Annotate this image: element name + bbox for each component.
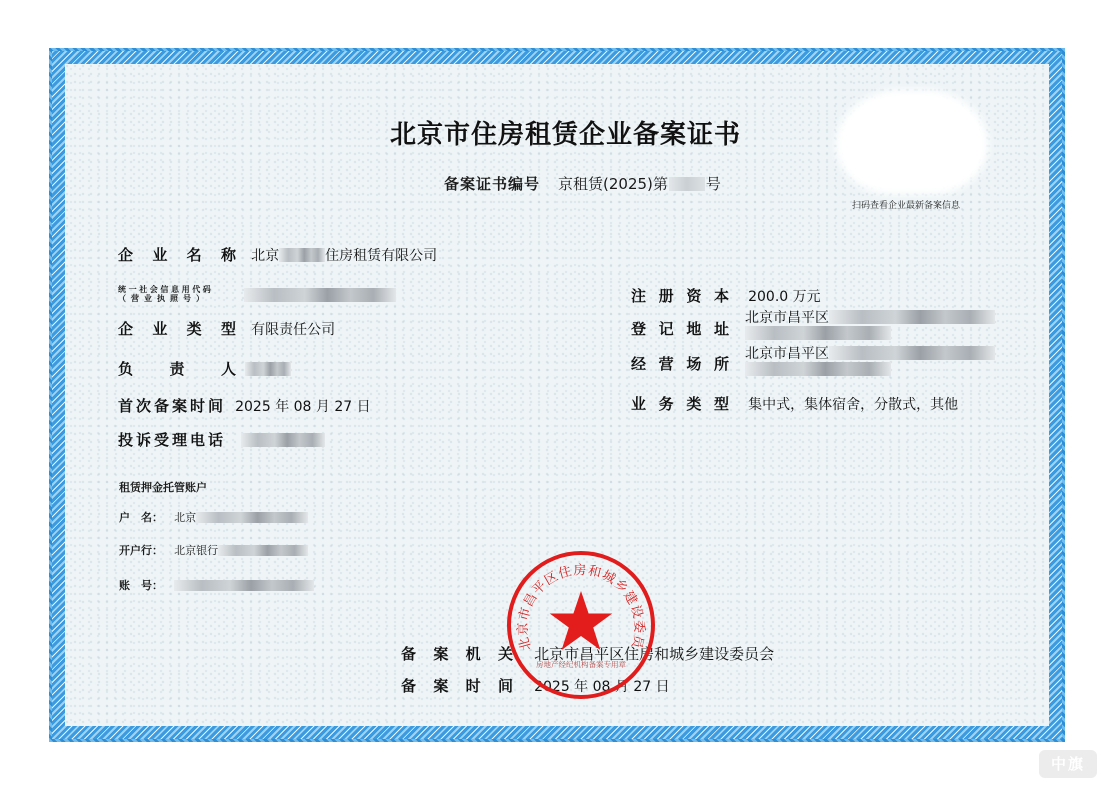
cert-number-redacted — [669, 177, 705, 191]
filing-time-label: 备案时间 — [401, 675, 513, 696]
business-premises-redacted-line2 — [745, 362, 891, 376]
first-filing-date-value: 2025 年 08 月 27 日 — [235, 399, 371, 415]
seal-graphic: 北京市昌平区住房和城乡建设委员会 房地产经纪机构备案专用章 — [511, 555, 651, 695]
redacted-block — [829, 310, 995, 324]
account-name-value: 北京 — [174, 511, 308, 524]
credit-code-label-line2: （营业执照号） — [118, 294, 213, 303]
field-complaint-phone: 投诉受理电话 — [118, 429, 325, 450]
cert-number-label: 备案证书编号 — [444, 173, 540, 194]
qr-code-redacted — [842, 96, 982, 188]
company-type-label: 企业类型 — [118, 318, 236, 339]
complaint-phone-label: 投诉受理电话 — [118, 431, 226, 449]
star-icon — [550, 591, 613, 650]
registered-address-value: 北京市昌平区 — [745, 307, 995, 327]
company-type-value: 有限责任公司 — [251, 322, 335, 338]
credit-code-label-line1: 统一社会信息用代码 — [118, 285, 213, 294]
business-type-label: 业务类型 — [631, 393, 729, 414]
business-premises-value: 北京市昌平区 — [745, 343, 995, 363]
official-seal: 北京市昌平区住房和城乡建设委员会 房地产经纪机构备案专用章 — [507, 551, 655, 699]
account-number-label: 账 号： — [119, 579, 163, 592]
watermark-logo: 中旗 — [1039, 750, 1097, 778]
complaint-phone-redacted — [241, 433, 325, 447]
business-premises-label: 经营场所 — [631, 353, 729, 374]
redacted-block — [196, 512, 308, 523]
credit-code-redacted — [244, 288, 396, 302]
cert-number-value: 京租赁(2025)第号 — [558, 173, 721, 194]
field-registered-capital: 注册资本 200.0 万元 — [631, 285, 821, 306]
field-company-name: 企业名称 北京住房租赁有限公司 — [118, 244, 437, 265]
bank-value: 北京银行 — [174, 544, 308, 557]
certificate-title: 北京市住房租赁企业备案证书 — [390, 114, 741, 151]
field-first-filing-date: 首次备案时间 2025 年 08 月 27 日 — [118, 395, 371, 416]
field-credit-code: 统一社会信息用代码 （营业执照号） — [118, 285, 213, 303]
field-account-name: 户 名： 北京 — [119, 506, 308, 525]
field-bank: 开户行： 北京银行 — [119, 539, 308, 558]
bank-label: 开户行： — [119, 544, 163, 557]
field-registered-address: 登记地址 — [631, 318, 729, 339]
registered-address-label: 登记地址 — [631, 318, 729, 339]
company-name-value: 北京住房租赁有限公司 — [251, 248, 437, 264]
business-type-value: 集中式，集体宿舍，分散式，其他 — [748, 397, 958, 413]
registered-capital-value: 200.0 万元 — [748, 289, 821, 305]
account-number-redacted — [174, 580, 314, 591]
deposit-account-title: 租赁押金托管账户 — [119, 479, 207, 495]
cert-number-suffix: 号 — [706, 175, 721, 193]
seal-inner-text: 房地产经纪机构备案专用章 — [536, 659, 626, 669]
legal-person-label: 负责人 — [118, 358, 236, 379]
filing-authority-label: 备案机关 — [401, 643, 513, 664]
field-account-number: 账 号： — [119, 574, 314, 593]
company-name-label: 企业名称 — [118, 244, 236, 265]
registered-capital-label: 注册资本 — [631, 285, 729, 306]
qr-caption: 扫码查看企业最新备案信息 — [852, 198, 960, 211]
registered-address-redacted-line2 — [745, 326, 891, 340]
first-filing-date-label: 首次备案时间 — [118, 397, 226, 415]
field-business-type: 业务类型 集中式，集体宿舍，分散式，其他 — [631, 393, 958, 414]
account-name-label: 户 名： — [119, 511, 163, 524]
redacted-block — [829, 346, 995, 360]
redacted-block — [218, 545, 308, 556]
legal-person-redacted — [245, 362, 291, 376]
field-legal-person: 负责人 — [118, 358, 291, 379]
field-company-type: 企业类型 有限责任公司 — [118, 318, 335, 339]
field-business-premises: 经营场所 — [631, 353, 729, 374]
redacted-block — [279, 248, 325, 262]
cert-number-prefix: 京租赁(2025)第 — [558, 175, 668, 193]
